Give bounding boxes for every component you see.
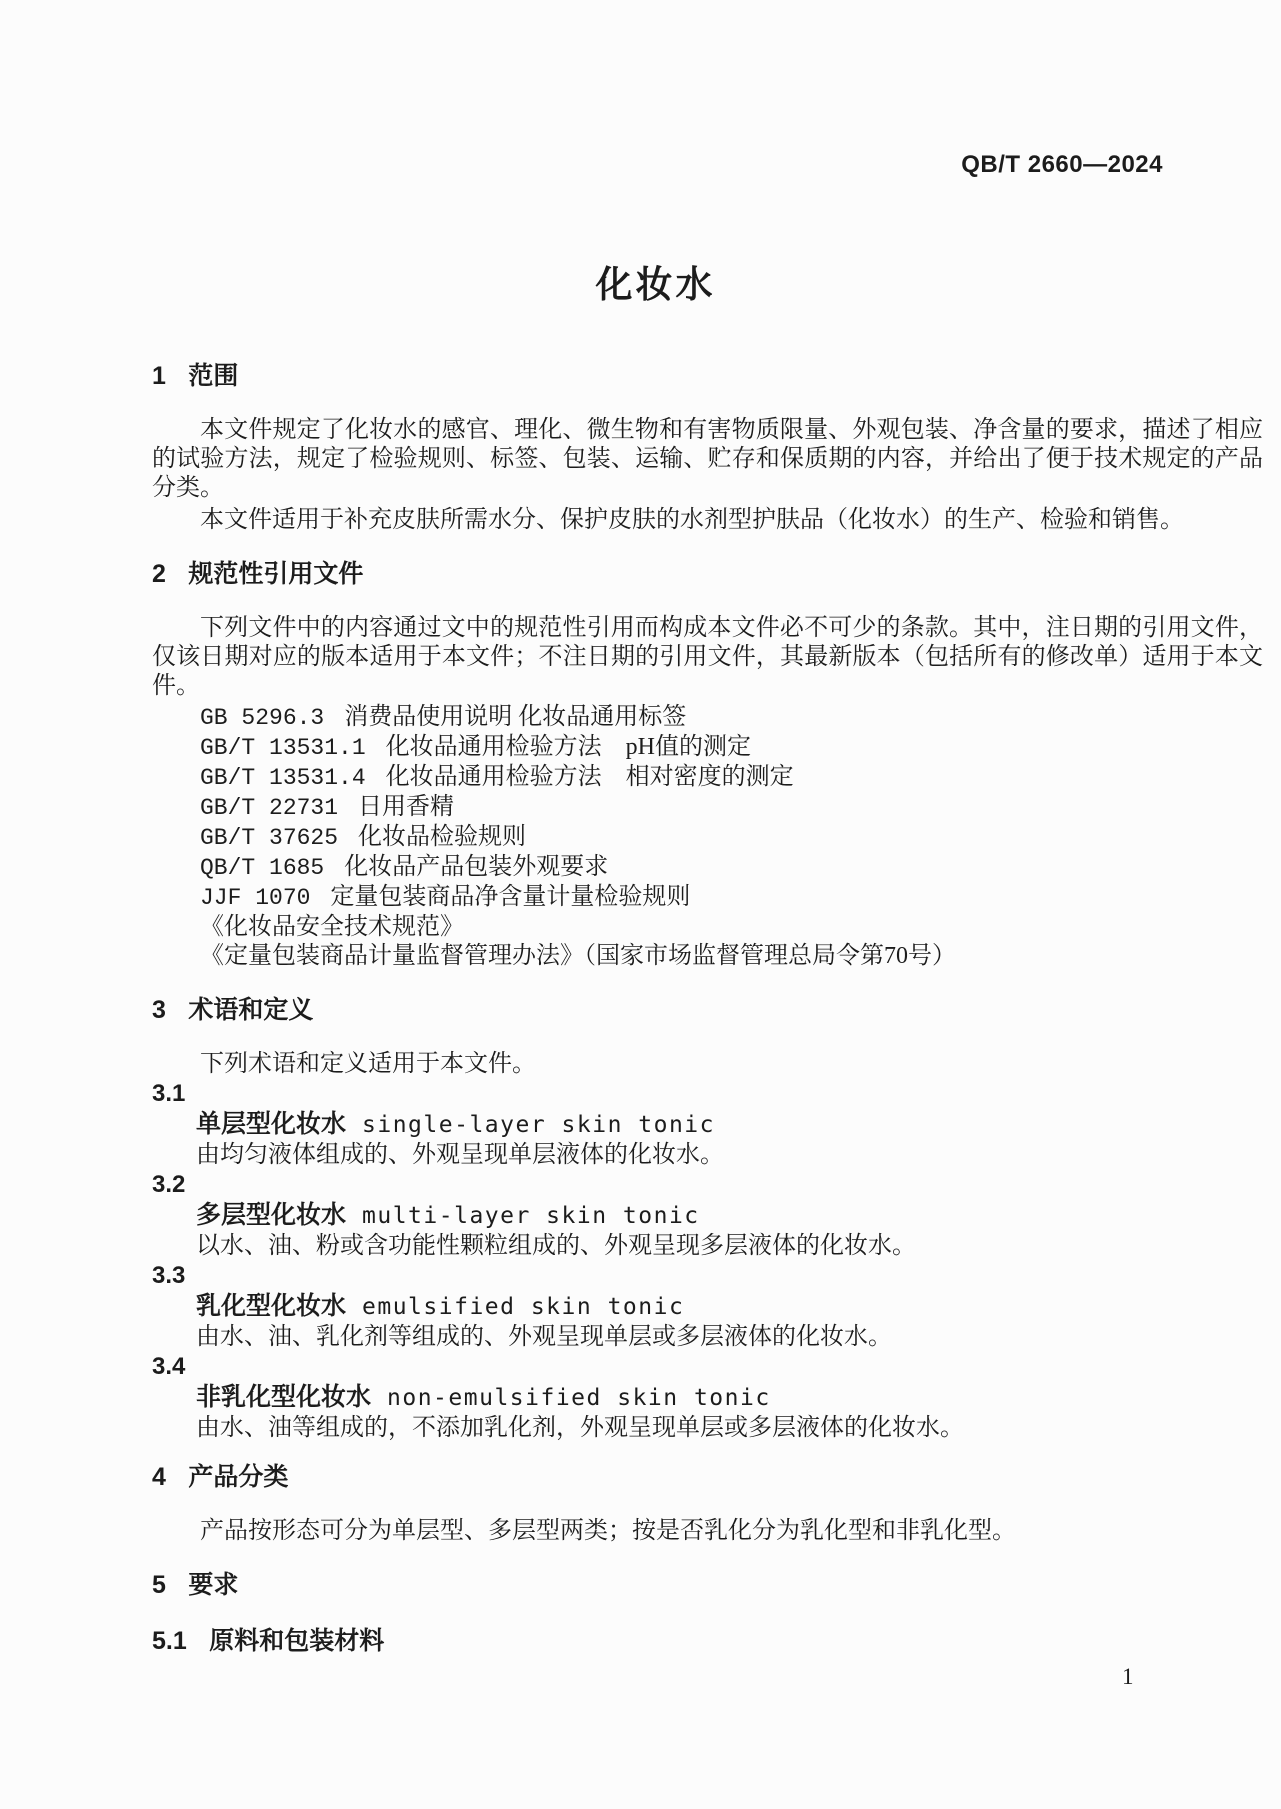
page-number: 1 <box>1122 1662 1134 1691</box>
section-2-heading: 2规范性引用文件 <box>152 560 1263 589</box>
reference-item: GB/T 37625化妆品检验规则 <box>152 823 1263 853</box>
reference-item: GB/T 13531.4化妆品通用检验方法 相对密度的测定 <box>152 763 1263 793</box>
term-definition: 由均匀液体组成的、外观呈现单层液体的化妆水。 <box>152 1140 1263 1170</box>
reference-name: 化妆品产品包装外观要求 <box>344 854 608 880</box>
section-3-heading: 3术语和定义 <box>152 996 1263 1025</box>
reference-name: 化妆品通用检验方法 相对密度的测定 <box>386 764 794 790</box>
reference-code: GB/T 13531.1 <box>200 735 366 761</box>
term-name-zh: 多层型化妆水 <box>196 1201 346 1229</box>
section-1-title: 范围 <box>188 362 238 390</box>
term-name-zh: 非乳化型化妆水 <box>196 1383 371 1411</box>
normative-references-list: GB 5296.3消费品使用说明 化妆品通用标签 GB/T 13531.1化妆品… <box>152 703 1263 971</box>
reference-code: GB/T 13531.4 <box>200 765 366 791</box>
normative-references-intro: 下列文件中的内容通过文中的规范性引用而构成本文件必不可少的条款。其中，注日期的引… <box>152 614 1263 701</box>
term-name-en: single-layer skin tonic <box>362 1112 715 1138</box>
reference-name: 《定量包装商品计量监督管理办法》（国家市场监督管理总局令第70号） <box>200 943 956 969</box>
section-2-number: 2 <box>152 560 166 588</box>
section-5-1-heading: 5.1原料和包装材料 <box>152 1627 1263 1656</box>
reference-item: 《化妆品安全技术规范》 <box>152 913 1263 942</box>
scope-paragraph-1: 本文件规定了化妆水的感官、理化、微生物和有害物质限量、外观包装、净含量的要求，描… <box>152 416 1263 503</box>
standard-code-header: QB/T 2660—2024 <box>152 150 1263 179</box>
section-4-heading: 4产品分类 <box>152 1463 1263 1492</box>
terms-intro: 下列术语和定义适用于本文件。 <box>152 1050 1263 1079</box>
section-2-title: 规范性引用文件 <box>188 560 363 588</box>
reference-name: 消费品使用说明 化妆品通用标签 <box>344 704 686 730</box>
term-name-zh: 乳化型化妆水 <box>196 1292 346 1320</box>
scope-paragraph-2: 本文件适用于补充皮肤所需水分、保护皮肤的水剂型护肤品（化妆水）的生产、检验和销售… <box>152 506 1263 535</box>
reference-code: GB/T 22731 <box>200 795 338 821</box>
document-content: QB/T 2660—2024 化妆水 1范围 本文件规定了化妆水的感官、理化、微… <box>152 150 1263 1656</box>
reference-item: GB/T 22731日用香精 <box>152 793 1263 823</box>
term-line: 多层型化妆水multi-layer skin tonic <box>152 1200 1263 1231</box>
term-line: 非乳化型化妆水non-emulsified skin tonic <box>152 1382 1263 1413</box>
term-number: 3.2 <box>152 1170 1263 1200</box>
document-title: 化妆水 <box>100 261 1211 309</box>
term-number: 3.1 <box>152 1079 1263 1109</box>
term-name-en: non-emulsified skin tonic <box>387 1385 771 1411</box>
section-3-title: 术语和定义 <box>188 996 313 1024</box>
document-page: QB/T 2660—2024 化妆水 1范围 本文件规定了化妆水的感官、理化、微… <box>0 0 1281 1809</box>
reference-code: GB/T 37625 <box>200 825 338 851</box>
term-number: 3.4 <box>152 1352 1263 1382</box>
term-line: 单层型化妆水single-layer skin tonic <box>152 1109 1263 1140</box>
section-5-1-number: 5.1 <box>152 1627 187 1655</box>
reference-item: QB/T 1685化妆品产品包装外观要求 <box>152 853 1263 883</box>
term-definition: 由水、油、乳化剂等组成的、外观呈现单层或多层液体的化妆水。 <box>152 1322 1263 1352</box>
section-4-number: 4 <box>152 1463 166 1491</box>
section-5-number: 5 <box>152 1571 166 1599</box>
section-1-heading: 1范围 <box>152 362 1263 391</box>
terms-list: 3.1 单层型化妆水single-layer skin tonic 由均匀液体组… <box>152 1079 1263 1443</box>
section-1-number: 1 <box>152 362 166 390</box>
reference-name: 《化妆品安全技术规范》 <box>200 914 464 940</box>
term-number: 3.3 <box>152 1261 1263 1291</box>
section-3-number: 3 <box>152 996 166 1024</box>
section-5-heading: 5要求 <box>152 1571 1263 1600</box>
reference-item: 《定量包装商品计量监督管理办法》（国家市场监督管理总局令第70号） <box>152 942 1263 971</box>
reference-item: GB 5296.3消费品使用说明 化妆品通用标签 <box>152 703 1263 733</box>
reference-code: JJF 1070 <box>200 885 310 911</box>
term-name-en: multi-layer skin tonic <box>362 1203 700 1229</box>
term-name-zh: 单层型化妆水 <box>196 1110 346 1138</box>
reference-name: 化妆品检验规则 <box>358 824 526 850</box>
section-5-title: 要求 <box>188 1571 238 1599</box>
reference-item: JJF 1070定量包装商品净含量计量检验规则 <box>152 883 1263 913</box>
reference-item: GB/T 13531.1化妆品通用检验方法 pH值的测定 <box>152 733 1263 763</box>
reference-code: GB 5296.3 <box>200 705 324 731</box>
reference-name: 化妆品通用检验方法 pH值的测定 <box>386 734 751 760</box>
term-name-en: emulsified skin tonic <box>362 1294 684 1320</box>
classification-paragraph: 产品按形态可分为单层型、多层型两类；按是否乳化分为乳化型和非乳化型。 <box>152 1517 1263 1546</box>
term-line: 乳化型化妆水emulsified skin tonic <box>152 1291 1263 1322</box>
reference-code: QB/T 1685 <box>200 855 324 881</box>
reference-name: 日用香精 <box>358 794 454 820</box>
reference-name: 定量包装商品净含量计量检验规则 <box>330 884 690 910</box>
term-definition: 由水、油等组成的，不添加乳化剂，外观呈现单层或多层液体的化妆水。 <box>152 1413 1263 1443</box>
term-definition: 以水、油、粉或含功能性颗粒组成的、外观呈现多层液体的化妆水。 <box>152 1231 1263 1261</box>
section-4-title: 产品分类 <box>188 1463 288 1491</box>
section-5-1-title: 原料和包装材料 <box>209 1627 384 1655</box>
